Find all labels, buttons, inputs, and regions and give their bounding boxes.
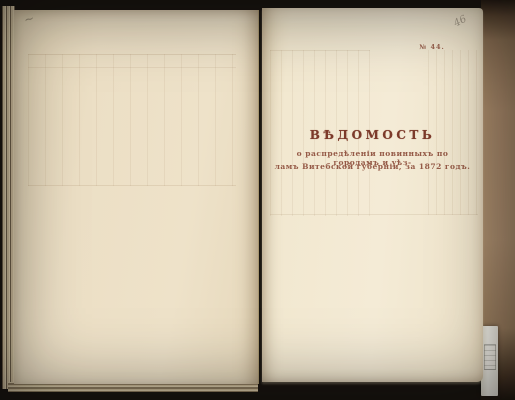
bleed-through-rule <box>270 214 478 215</box>
right-page: № 44. 46 ВѢДОМОСТЬ о распредѣленіи повин… <box>262 8 483 382</box>
paper-slip <box>481 326 498 396</box>
pencil-mark: ~ <box>22 11 35 27</box>
pencil-page-number: 46 <box>452 14 468 30</box>
issue-number-stamp: № 44. <box>402 43 462 51</box>
bleed-through-table <box>28 54 236 186</box>
subtitle-line-2: ламъ Витебской губерніи, за 1872 годъ. <box>274 162 471 171</box>
page-title: ВѢДОМОСТЬ <box>262 128 483 142</box>
left-page: ~ <box>14 10 259 384</box>
slip-stamp <box>484 344 496 370</box>
book-photo: ~ № 44. 46 ВѢДОМОСТЬ о распредѣленіи пов… <box>0 0 515 400</box>
